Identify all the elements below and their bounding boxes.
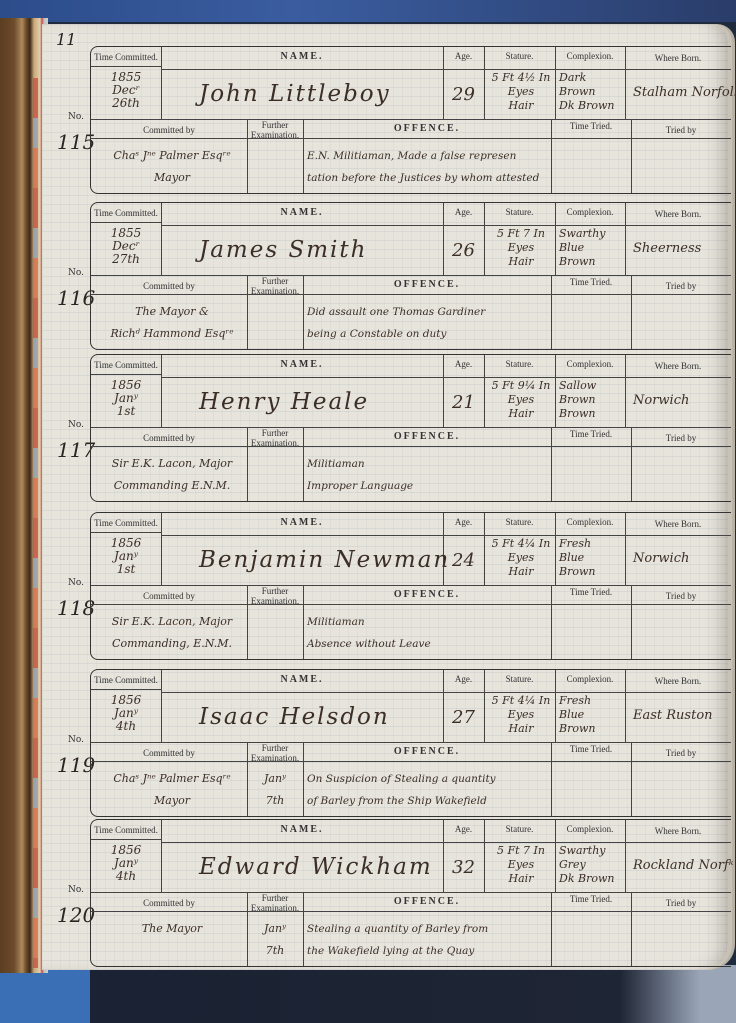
complexion-value-line: Fresh (559, 537, 595, 551)
complexion-value-line: Dark (559, 71, 614, 85)
header-committed-by: Committed by (91, 591, 247, 601)
complexion-value-line: Grey (559, 858, 614, 872)
row-divider (91, 742, 731, 743)
committed-by-value-line (99, 940, 245, 962)
register-entry: No. 120 Time Committed. NAME. Age. Statu… (82, 819, 722, 965)
age-value: 26 (443, 240, 484, 261)
time-committed-value: 1856Janʸ1st (91, 537, 161, 576)
entry-box: Time Committed. NAME. Age. Stature. Comp… (90, 669, 731, 817)
header-further-examination: Further Examination. (247, 276, 303, 296)
further-examination-value (249, 301, 301, 345)
offence-value: On Suspicion of Stealing a quantityof Ba… (307, 768, 547, 812)
header-tried-by: Tried by (631, 898, 731, 908)
header-stature: Stature. (484, 517, 555, 527)
offence-value-line: Absence without Leave (307, 633, 547, 655)
register-page: 11 No. 115 Time Committed. NAME. Age. St… (42, 24, 728, 970)
time-committed-value-line: 4th (91, 870, 161, 883)
offence-value-line: the Wakefield lying at the Quay (307, 940, 547, 962)
stature-value-line: Hair (487, 99, 555, 113)
header-where-born: Where Born. (625, 361, 731, 371)
header-line (91, 761, 731, 762)
committed-by-value-line: Commanding, E.N.M. (99, 633, 245, 655)
header-time-committed: Time Committed. (91, 360, 161, 370)
committed-by-value-line: Sir E.K. Lacon, Major (99, 453, 245, 475)
complexion-value-line: Brown (559, 393, 596, 407)
offence-value-line: Militiaman (307, 611, 547, 633)
offence-value-line: On Suspicion of Stealing a quantity (307, 768, 547, 790)
offence-value: Stealing a quantity of Barley fromthe Wa… (307, 918, 547, 962)
further-examination-value-line: Janʸ (249, 768, 301, 790)
header-tried-by: Tried by (631, 433, 731, 443)
entry-box: Time Committed. NAME. Age. Stature. Comp… (90, 46, 731, 194)
header-line (91, 138, 731, 139)
complexion-value-line: Swarthy (559, 227, 606, 241)
offence-value-line: Stealing a quantity of Barley from (307, 918, 547, 940)
header-committed-by: Committed by (91, 433, 247, 443)
stature-value-line: 5 Ft 4¼ In (487, 537, 555, 551)
header-name: NAME. (161, 359, 443, 370)
time-committed-value: 1856Janʸ4th (91, 694, 161, 733)
offence-value-line: of Barley from the Ship Wakefield (307, 790, 547, 812)
committed-by-value: Sir E.K. Lacon, MajorCommanding E.N.M. (99, 453, 245, 497)
header-time-committed: Time Committed. (91, 518, 161, 528)
header-tried-by: Tried by (631, 748, 731, 758)
header-time-tried: Time Tried. (551, 744, 631, 754)
further-examination-value: Janʸ7th (249, 918, 301, 962)
offence-value-line: Did assault one Thomas Gardiner (307, 301, 547, 323)
further-examination-value-line (249, 145, 301, 167)
further-examination-value-line: 7th (249, 940, 301, 962)
time-committed-value: 1855Decʳ27th (91, 227, 161, 266)
entry-box: Time Committed. NAME. Age. Stature. Comp… (90, 354, 731, 502)
header-where-born: Where Born. (625, 209, 731, 219)
register-entry: No. 116 Time Committed. NAME. Age. Statu… (82, 202, 722, 348)
header-committed-by: Committed by (91, 125, 247, 135)
complexion-value-line: Blue (559, 708, 595, 722)
prisoner-name: Benjamin Newman (199, 547, 450, 573)
header-line (91, 911, 731, 912)
header-line (161, 842, 731, 843)
header-line (91, 689, 161, 690)
header-stature: Stature. (484, 207, 555, 217)
where-born-value: Norwich (633, 551, 689, 566)
header-line (91, 446, 731, 447)
header-time-tried: Time Tried. (551, 894, 631, 904)
further-examination-value-line (249, 611, 301, 633)
page-number: 11 (56, 30, 76, 49)
no-label: No. (68, 885, 84, 895)
register-entry: No. 118 Time Committed. NAME. Age. Statu… (82, 512, 722, 658)
no-label: No. (68, 735, 84, 745)
committed-by-value: Chaˢ Jⁿᵉ Palmer EsqʳᵉMayor (99, 145, 245, 189)
complexion-value-line: Fresh (559, 694, 595, 708)
header-time-committed: Time Committed. (91, 208, 161, 218)
prisoner-name: James Smith (199, 237, 367, 263)
header-time-committed: Time Committed. (91, 52, 161, 62)
stature-value-line: Eyes (487, 85, 555, 99)
header-line (91, 839, 161, 840)
header-age: Age. (443, 824, 484, 834)
header-further-examination: Further Examination. (247, 586, 303, 606)
stature-value-line: 5 Ft 7 In (487, 844, 555, 858)
row-divider (91, 892, 731, 893)
stature-value: 5 Ft 4½ InEyesHair (487, 71, 555, 113)
entry-box: Time Committed. NAME. Age. Stature. Comp… (90, 819, 731, 967)
further-examination-value-line (249, 167, 301, 189)
header-line (161, 535, 731, 536)
time-committed-value-line: 1st (91, 563, 161, 576)
stature-value-line: Hair (487, 872, 555, 886)
complexion-value-line: Brown (559, 565, 595, 579)
header-tried-by: Tried by (631, 281, 731, 291)
complexion-value: SallowBrownBrown (559, 379, 596, 421)
complexion-value-line: Sallow (559, 379, 596, 393)
header-time-committed: Time Committed. (91, 825, 161, 835)
header-age: Age. (443, 674, 484, 684)
time-committed-value: 1856Janʸ4th (91, 844, 161, 883)
header-where-born: Where Born. (625, 826, 731, 836)
header-name: NAME. (161, 207, 443, 218)
header-line (91, 374, 161, 375)
header-complexion: Complexion. (555, 51, 625, 61)
offence-value: MilitiamanAbsence without Leave (307, 611, 547, 655)
age-value: 24 (443, 550, 484, 571)
background-bottom (0, 965, 736, 1023)
where-born-value: Rockland Norfᵏ (633, 858, 733, 873)
committed-by-value: Chaˢ Jⁿᵉ Palmer EsqʳᵉMayor (99, 768, 245, 812)
stature-value-line: Hair (487, 255, 555, 269)
header-complexion: Complexion. (555, 359, 625, 369)
header-line (91, 222, 161, 223)
header-committed-by: Committed by (91, 748, 247, 758)
further-examination-value-line (249, 301, 301, 323)
further-examination-value-line (249, 475, 301, 497)
further-examination-value (249, 145, 301, 189)
header-complexion: Complexion. (555, 207, 625, 217)
book-binding (0, 18, 48, 973)
header-further-examination: Further Examination. (247, 120, 303, 140)
committed-by-value-line: Mayor (99, 790, 245, 812)
stature-value-line: Hair (487, 565, 555, 579)
header-time-committed: Time Committed. (91, 675, 161, 685)
header-committed-by: Committed by (91, 898, 247, 908)
header-stature: Stature. (484, 824, 555, 834)
header-complexion: Complexion. (555, 824, 625, 834)
register-entry: No. 119 Time Committed. NAME. Age. Statu… (82, 669, 722, 815)
stature-value-line: Hair (487, 407, 555, 421)
header-offence: OFFENCE. (303, 431, 551, 442)
offence-value-line: E.N. Militiaman, Made a false represen (307, 145, 547, 167)
header-line (91, 532, 161, 533)
header-committed-by: Committed by (91, 281, 247, 291)
stature-value: 5 Ft 7 InEyesHair (487, 227, 555, 269)
complexion-value-line: Brown (559, 722, 595, 736)
header-time-tried: Time Tried. (551, 429, 631, 439)
entry-box: Time Committed. NAME. Age. Stature. Comp… (90, 512, 731, 660)
stature-value-line: Eyes (487, 708, 555, 722)
stature-value-line: Eyes (487, 858, 555, 872)
header-offence: OFFENCE. (303, 123, 551, 134)
complexion-value: FreshBlueBrown (559, 694, 595, 736)
header-offence: OFFENCE. (303, 279, 551, 290)
header-line (161, 225, 731, 226)
header-further-examination: Further Examination. (247, 428, 303, 448)
complexion-value: SwarthyBlueBrown (559, 227, 606, 269)
committed-by-value: The Mayor (99, 918, 245, 962)
further-examination-value-line: 7th (249, 790, 301, 812)
header-further-examination: Further Examination. (247, 743, 303, 763)
header-stature: Stature. (484, 51, 555, 61)
no-label: No. (68, 268, 84, 278)
header-tried-by: Tried by (631, 125, 731, 135)
prisoner-name: Isaac Helsdon (199, 704, 390, 730)
further-examination-value-line (249, 323, 301, 345)
time-committed-value-line: 1st (91, 405, 161, 418)
complexion-value-line: Blue (559, 551, 595, 565)
register-entry: No. 117 Time Committed. NAME. Age. Statu… (82, 354, 722, 500)
committed-by-value-line: Chaˢ Jⁿᵉ Palmer Esqʳᵉ (99, 768, 245, 790)
header-line (91, 294, 731, 295)
stature-value-line: 5 Ft 4½ In (487, 71, 555, 85)
complexion-value-line: Swarthy (559, 844, 614, 858)
binding-stripe (33, 78, 38, 968)
stature-value-line: Eyes (487, 393, 555, 407)
header-time-tried: Time Tried. (551, 277, 631, 287)
further-examination-value-line: Janʸ (249, 918, 301, 940)
row-divider (91, 275, 731, 276)
header-tried-by: Tried by (631, 591, 731, 601)
header-name: NAME. (161, 517, 443, 528)
time-committed-value: 1855Decʳ26th (91, 71, 161, 110)
complexion-value-line: Dk Brown (559, 872, 614, 886)
header-line (91, 604, 731, 605)
where-born-value: Sheerness (633, 241, 701, 256)
further-examination-value-line (249, 453, 301, 475)
complexion-value: SwarthyGreyDk Brown (559, 844, 614, 886)
header-where-born: Where Born. (625, 519, 731, 529)
header-line (161, 692, 731, 693)
header-line (91, 66, 161, 67)
register-entry: No. 115 Time Committed. NAME. Age. Statu… (82, 46, 722, 192)
offence-value: MilitiamanImproper Language (307, 453, 547, 497)
header-where-born: Where Born. (625, 53, 731, 63)
header-line (161, 69, 731, 70)
committed-by-value-line: Richᵈ Hammond Esqʳᵉ (99, 323, 245, 345)
committed-by-value-line: Chaˢ Jⁿᵉ Palmer Esqʳᵉ (99, 145, 245, 167)
complexion-value: DarkBrownDk Brown (559, 71, 614, 113)
header-age: Age. (443, 51, 484, 61)
offence-value: Did assault one Thomas Gardinerbeing a C… (307, 301, 547, 345)
where-born-value: Stalham Norfolk (633, 85, 736, 100)
stature-value-line: Eyes (487, 241, 555, 255)
complexion-value-line: Brown (559, 255, 606, 269)
time-committed-value-line: 27th (91, 253, 161, 266)
header-where-born: Where Born. (625, 676, 731, 686)
header-name: NAME. (161, 824, 443, 835)
stature-value-line: 5 Ft 4¼ In (487, 694, 555, 708)
no-label: No. (68, 578, 84, 588)
complexion-value-line: Blue (559, 241, 606, 255)
stature-value: 5 Ft 9¼ InEyesHair (487, 379, 555, 421)
prisoner-name: Edward Wickham (199, 854, 433, 880)
committed-by-value-line: Sir E.K. Lacon, Major (99, 611, 245, 633)
no-label: No. (68, 112, 84, 122)
further-examination-value (249, 453, 301, 497)
header-age: Age. (443, 517, 484, 527)
entry-box: Time Committed. NAME. Age. Stature. Comp… (90, 202, 731, 350)
header-stature: Stature. (484, 359, 555, 369)
row-divider (91, 585, 731, 586)
time-committed-value-line: 26th (91, 97, 161, 110)
further-examination-value: Janʸ7th (249, 768, 301, 812)
prisoner-name: John Littleboy (199, 81, 391, 107)
stature-value: 5 Ft 7 InEyesHair (487, 844, 555, 886)
header-stature: Stature. (484, 674, 555, 684)
offence-value-line: being a Constable on duty (307, 323, 547, 345)
row-divider (91, 119, 731, 120)
header-time-tried: Time Tried. (551, 587, 631, 597)
offence-value: E.N. Militiaman, Made a false representa… (307, 145, 547, 189)
header-complexion: Complexion. (555, 517, 625, 527)
offence-value-line: tation before the Justices by whom attes… (307, 167, 547, 189)
header-name: NAME. (161, 51, 443, 62)
stature-value-line: 5 Ft 7 In (487, 227, 555, 241)
stature-value: 5 Ft 4¼ InEyesHair (487, 694, 555, 736)
stature-value-line: Hair (487, 722, 555, 736)
complexion-value-line: Brown (559, 85, 614, 99)
stature-value-line: 5 Ft 9¼ In (487, 379, 555, 393)
header-offence: OFFENCE. (303, 896, 551, 907)
prisoner-name: Henry Heale (199, 389, 369, 415)
committed-by-value: Sir E.K. Lacon, MajorCommanding, E.N.M. (99, 611, 245, 655)
age-value: 27 (443, 707, 484, 728)
age-value: 21 (443, 392, 484, 413)
further-examination-value (249, 611, 301, 655)
complexion-value: FreshBlueBrown (559, 537, 595, 579)
header-name: NAME. (161, 674, 443, 685)
header-time-tried: Time Tried. (551, 121, 631, 131)
header-complexion: Complexion. (555, 674, 625, 684)
time-committed-value-line: 4th (91, 720, 161, 733)
header-age: Age. (443, 359, 484, 369)
no-label: No. (68, 420, 84, 430)
committed-by-value: The Mayor &Richᵈ Hammond Esqʳᵉ (99, 301, 245, 345)
time-committed-value: 1856Janʸ1st (91, 379, 161, 418)
committed-by-value-line: Commanding E.N.M. (99, 475, 245, 497)
background-top (0, 0, 736, 22)
header-further-examination: Further Examination. (247, 893, 303, 913)
committed-by-value-line: The Mayor & (99, 301, 245, 323)
age-value: 32 (443, 857, 484, 878)
header-offence: OFFENCE. (303, 746, 551, 757)
offence-value-line: Improper Language (307, 475, 547, 497)
where-born-value: East Ruston (633, 708, 713, 723)
committed-by-value-line: Mayor (99, 167, 245, 189)
header-age: Age. (443, 207, 484, 217)
complexion-value-line: Brown (559, 407, 596, 421)
further-examination-value-line (249, 633, 301, 655)
offence-value-line: Militiaman (307, 453, 547, 475)
stature-value: 5 Ft 4¼ InEyesHair (487, 537, 555, 579)
where-born-value: Norwich (633, 393, 689, 408)
committed-by-value-line: The Mayor (99, 918, 245, 940)
header-offence: OFFENCE. (303, 589, 551, 600)
row-divider (91, 427, 731, 428)
age-value: 29 (443, 84, 484, 105)
header-line (161, 377, 731, 378)
complexion-value-line: Dk Brown (559, 99, 614, 113)
stature-value-line: Eyes (487, 551, 555, 565)
